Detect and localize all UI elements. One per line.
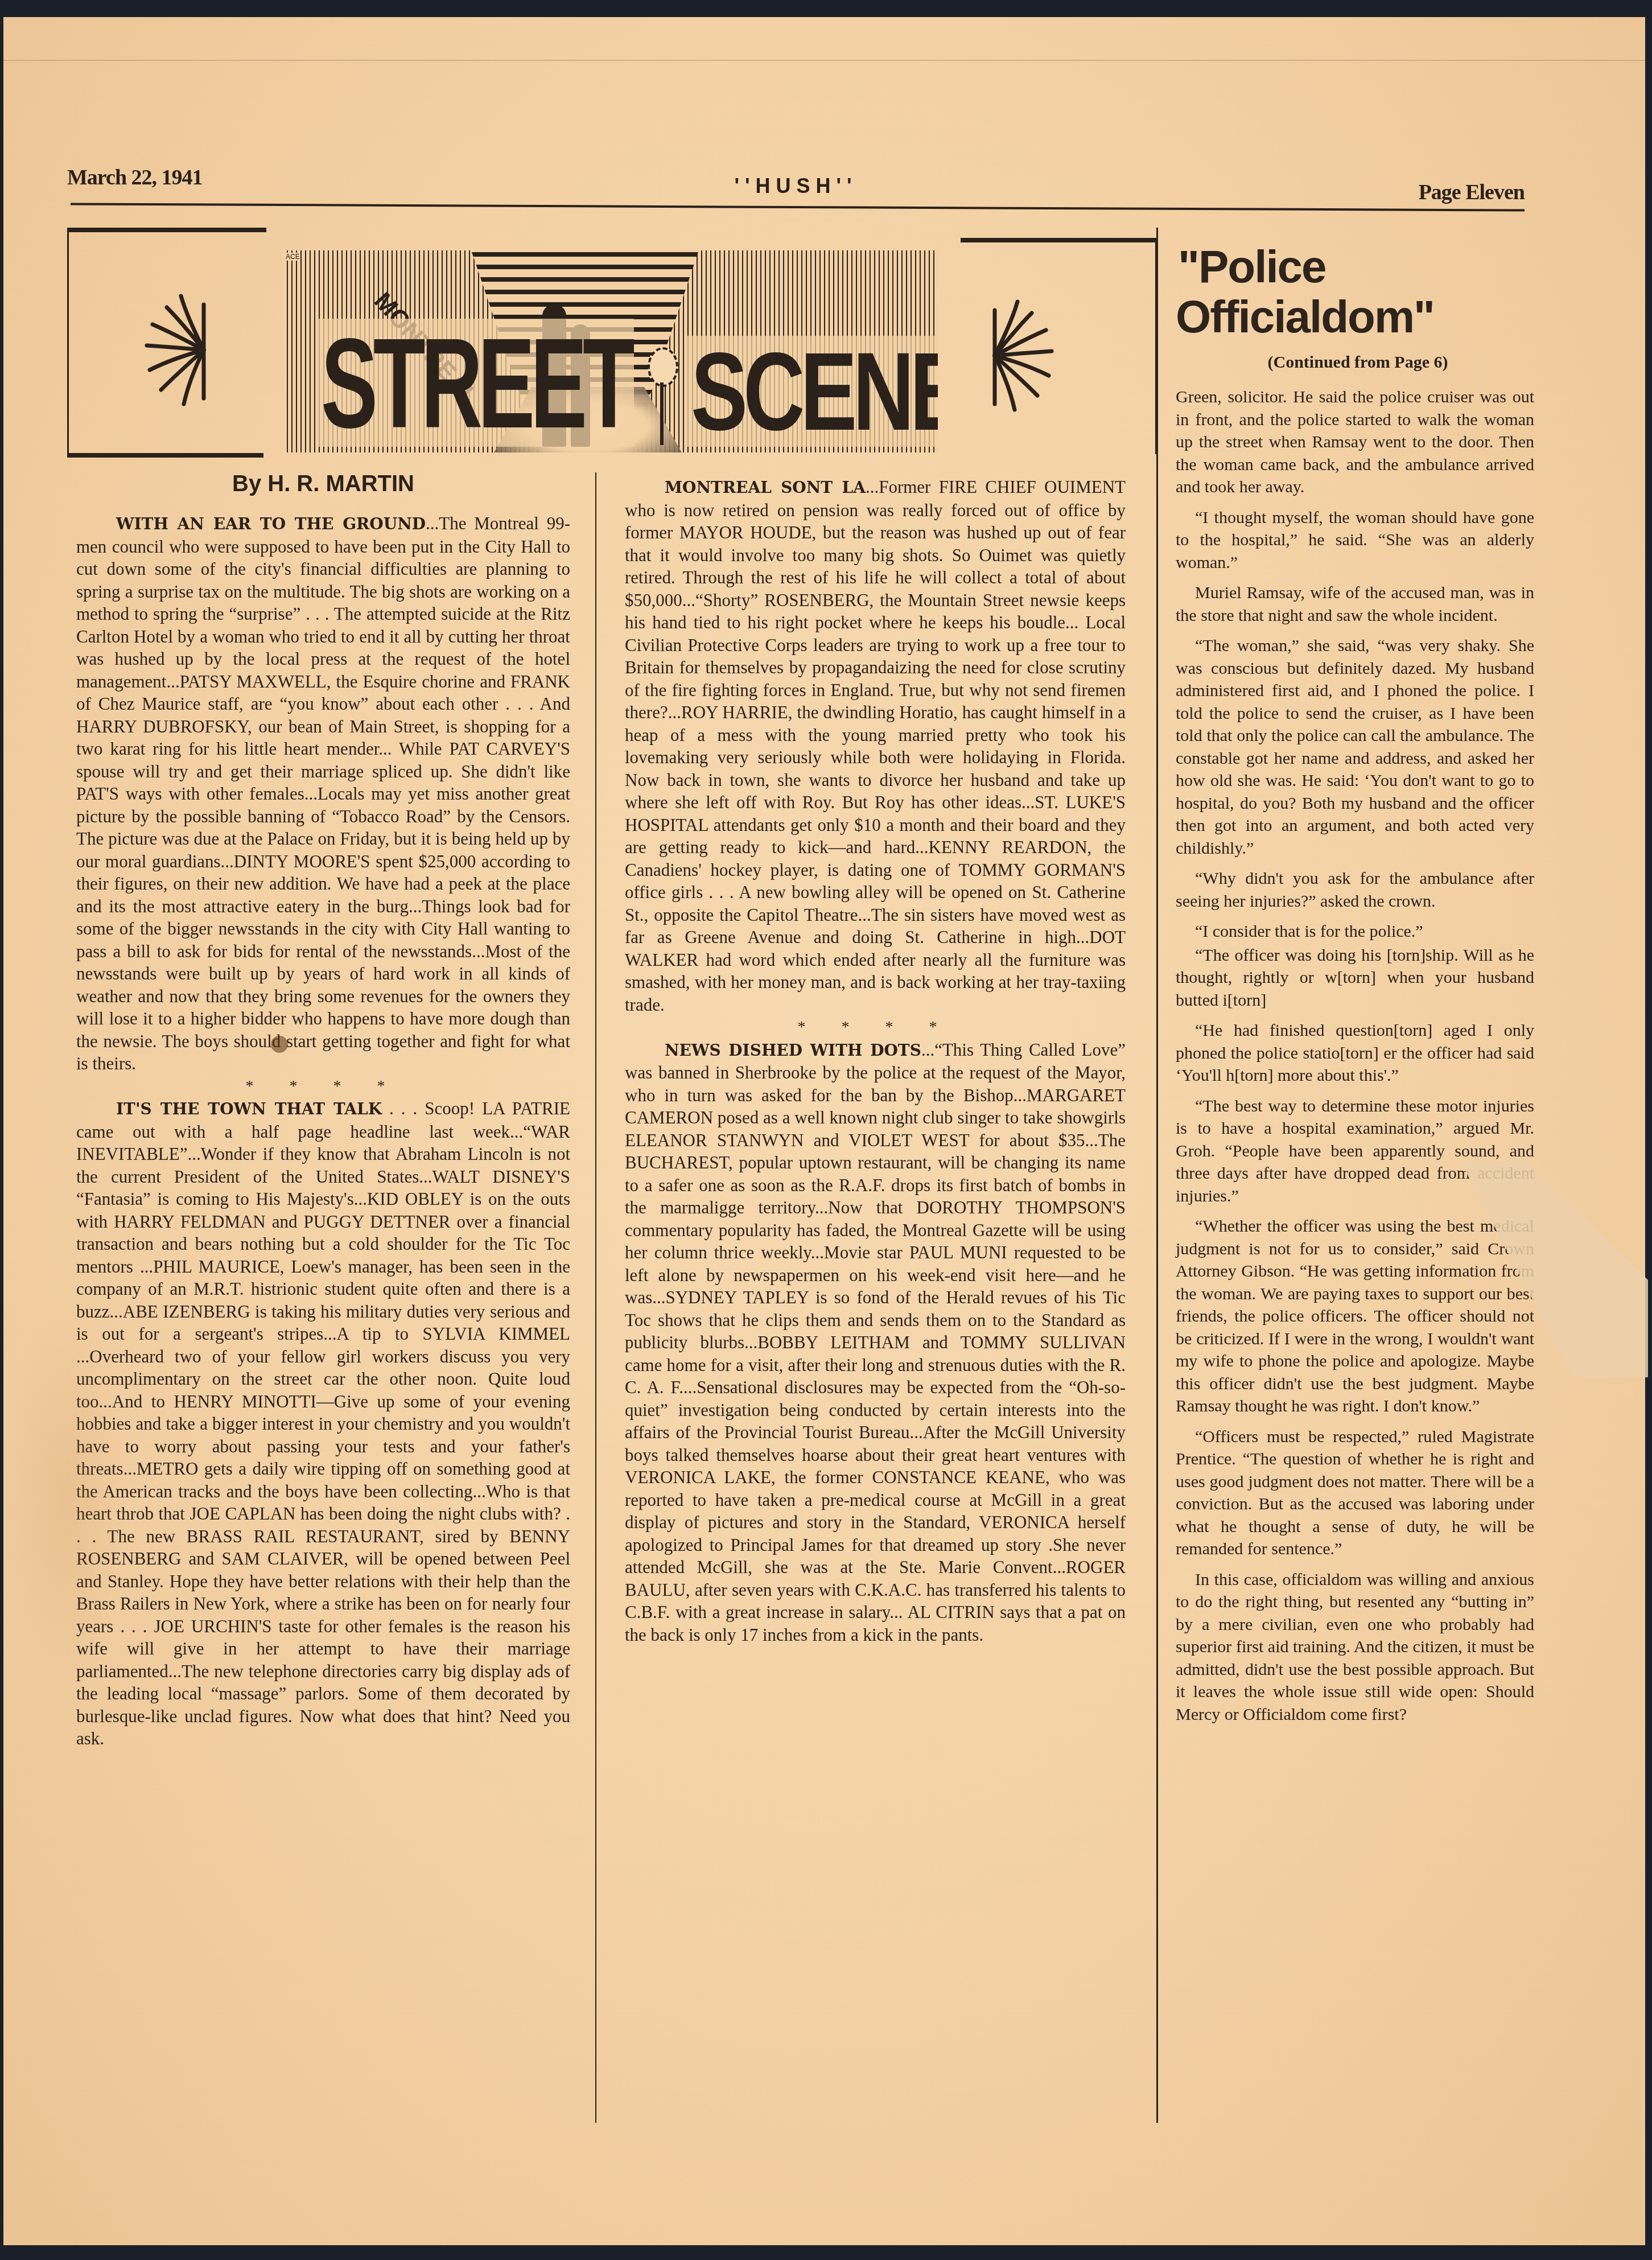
article-paragraph: Muriel Ramsay, wife of the accused man, …	[1176, 582, 1534, 627]
banner-title-scene: SCENE	[687, 336, 938, 447]
headline-line-1: "Police	[1176, 242, 1540, 292]
byline: By H. R. MARTIN	[76, 471, 570, 497]
section-separator: * * * *	[625, 1016, 1126, 1039]
masthead-rule	[71, 203, 1525, 211]
column-rule-2	[1156, 228, 1158, 2123]
police-article-body: Green, solicitor. He said the police cru…	[1176, 386, 1534, 1734]
banner-title-street: STREET	[318, 319, 634, 447]
ink-stain	[271, 1036, 288, 1053]
article-paragraph: “The woman,” she said, “was very shaky. …	[1176, 635, 1534, 859]
banner-rule-top-right	[961, 238, 1157, 242]
street-scene-illustration: MONTREAL STREET SCENE ACE	[283, 250, 938, 452]
section-body: ...The Montreal 99-men council who were …	[76, 513, 570, 1073]
banner-frame-left	[67, 228, 69, 458]
page-number: Page Eleven	[1419, 180, 1525, 205]
article-paragraph: “I consider that is for the police.”	[1176, 920, 1534, 943]
police-article-headline: "Police Officialdom"	[1176, 242, 1540, 342]
section-lead: IT'S THE TOWN THAT TALK	[116, 1100, 382, 1118]
section-news-dished: NEWS DISHED WITH DOTS...“This Thing Call…	[625, 1039, 1126, 1646]
sunburst-ornament-right-icon	[989, 299, 1057, 413]
section-separator: * * * *	[76, 1075, 570, 1098]
publication-name: ''HUSH''	[67, 174, 1525, 198]
section-lead: NEWS DISHED WITH DOTS	[665, 1041, 921, 1060]
article-paragraph: “Officers must be respected,” ruled Magi…	[1176, 1426, 1534, 1561]
lamp-post	[660, 382, 664, 445]
section-lead: MONTREAL SONT LA	[665, 478, 866, 497]
article-paragraph: “Whether the officer was using the best …	[1176, 1215, 1534, 1418]
street-scene-column-left: WITH AN EAR TO THE GROUND...The Montreal…	[76, 512, 570, 1750]
article-paragraph: In this case, officialdom was willing an…	[1176, 1569, 1534, 1726]
street-scene-banner: MONTREAL STREET SCENE ACE	[67, 228, 1160, 461]
article-paragraph: “I thought myself, the woman should have…	[1176, 507, 1534, 574]
section-town-that-talk: IT'S THE TOWN THAT TALK . . . Scoop! LA …	[76, 1097, 570, 1750]
banner-rule-top-left	[67, 228, 266, 232]
headline-line-2: Officialdom"	[1176, 292, 1540, 342]
article-paragraph: “The officer was doing his [torn]ship. W…	[1176, 944, 1534, 1012]
sunburst-ornament-left-icon	[141, 293, 209, 407]
article-paragraph: “Why didn't you ask for the ambulance af…	[1176, 867, 1534, 912]
artist-signature: ACE	[286, 253, 300, 261]
paper-fold-crease	[3, 60, 1645, 61]
continued-from-note: (Continued from Page 6)	[1176, 353, 1540, 372]
street-lamp-icon	[648, 347, 678, 387]
article-paragraph: “He had finished question[torn] aged I o…	[1176, 1019, 1534, 1087]
article-paragraph: Green, solicitor. He said the police cru…	[1176, 386, 1534, 499]
section-lead: WITH AN EAR TO THE GROUND	[116, 514, 426, 533]
column-rule-1	[595, 472, 596, 2123]
newspaper-page: March 22, 1941 ''HUSH'' Page Eleven	[3, 17, 1645, 2245]
section-montreal-sont-la: MONTREAL SONT LA...Former FIRE CHIEF OUI…	[625, 476, 1126, 1016]
street-scene-column-middle: MONTREAL SONT LA...Former FIRE CHIEF OUI…	[625, 476, 1126, 1646]
section-body: ...“This Thing Called Love” was banned i…	[625, 1040, 1126, 1645]
section-body: ...Former FIRE CHIEF OUIMENT who is now …	[625, 477, 1126, 1015]
section-ear-to-ground: WITH AN EAR TO THE GROUND...The Montreal…	[76, 512, 570, 1075]
section-body: . . . Scoop! LA PATRIE came out with a h…	[76, 1098, 570, 1748]
banner-rule-bottom-left	[67, 453, 263, 458]
masthead: March 22, 1941 ''HUSH'' Page Eleven	[67, 149, 1525, 212]
water-stain	[3, 1298, 129, 1696]
